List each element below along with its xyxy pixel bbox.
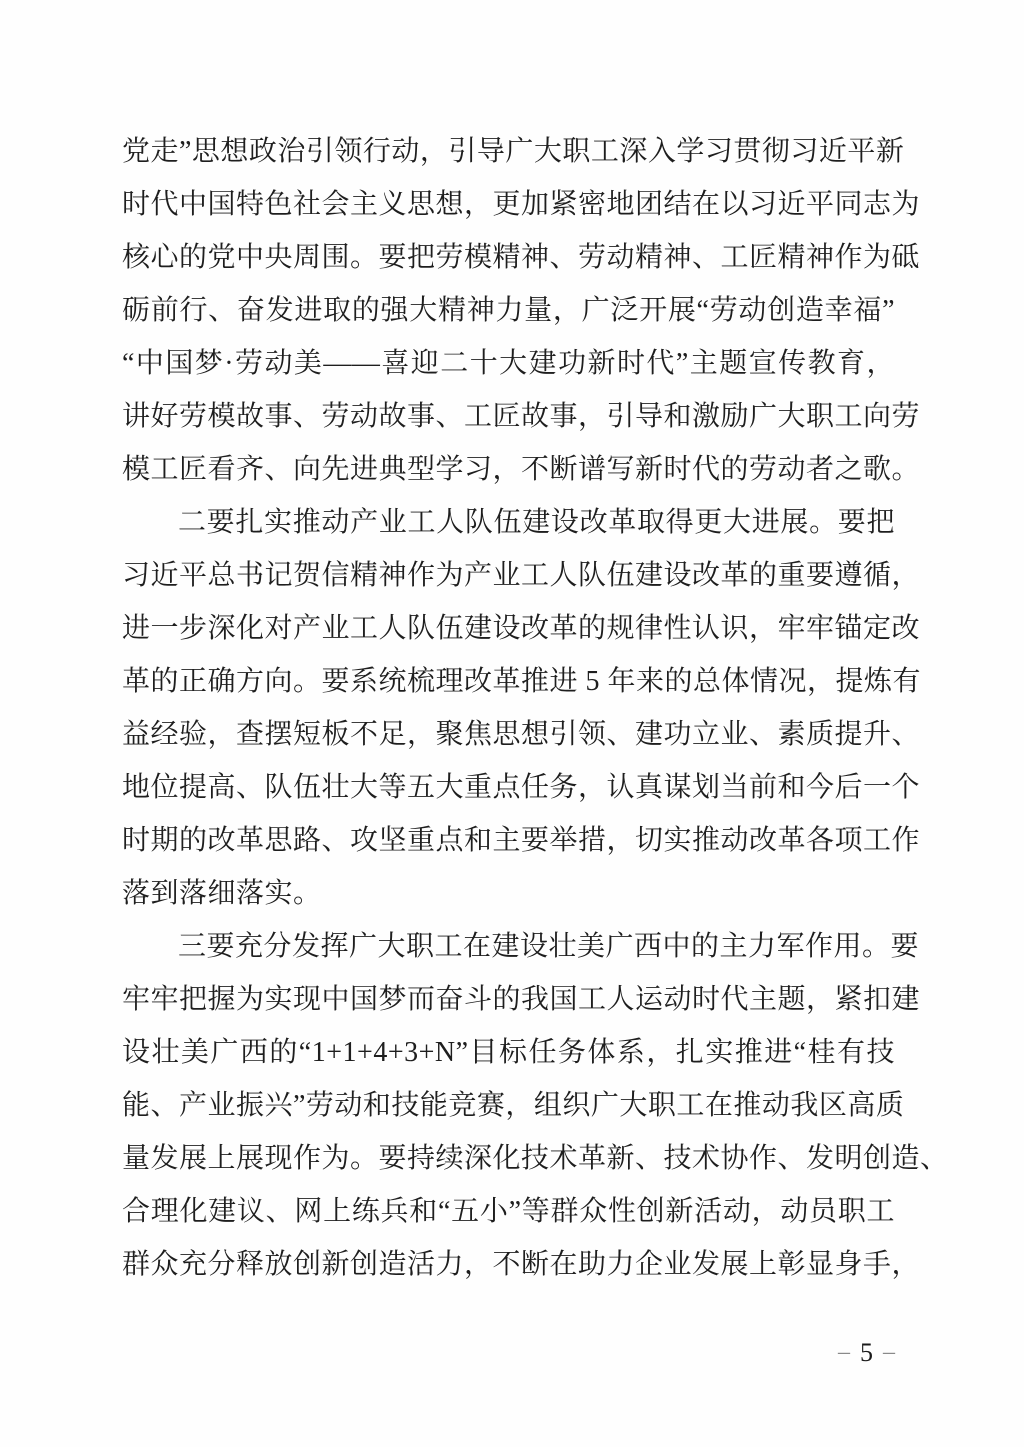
text-line: 时代中国特色社会主义思想，更加紧密地团结在以习近平同志为 [122,178,895,231]
page-number-dash-right: – [883,1339,895,1365]
text-line: 革的正确方向。要系统梳理改革推进 5 年来的总体情况，提炼有 [122,655,895,708]
text-line: 进一步深化对产业工人队伍建设改革的规律性认识，牢牢锚定改 [122,602,895,655]
text-line: 党走”思想政治引领行动，引导广大职工深入学习贯彻习近平新 [122,125,895,178]
text-line: 讲好劳模故事、劳动故事、工匠故事，引导和激励广大职工向劳 [122,390,895,443]
document-page: 党走”思想政治引领行动，引导广大职工深入学习贯彻习近平新 时代中国特色社会主义思… [0,0,1024,1447]
text-line: 群众充分释放创新创造活力，不断在助力企业发展上彰显身手， [122,1238,895,1291]
text-line: 核心的党中央周围。要把劳模精神、劳动精神、工匠精神作为砥 [122,231,895,284]
paragraph-1: 党走”思想政治引领行动，引导广大职工深入学习贯彻习近平新 时代中国特色社会主义思… [122,125,895,496]
text-line: 三要充分发挥广大职工在建设壮美广西中的主力军作用。要 [122,920,895,973]
text-line: 习近平总书记贺信精神作为产业工人队伍建设改革的重要遵循， [122,549,895,602]
text-line: 时期的改革思路、攻坚重点和主要举措，切实推动改革各项工作 [122,814,895,867]
text-line: “中国梦·劳动美——喜迎二十大建功新时代”主题宣传教育， [122,337,895,390]
paragraph-3: 三要充分发挥广大职工在建设壮美广西中的主力军作用。要 牢牢把握为实现中国梦而奋斗… [122,920,895,1291]
text-line: 设壮美广西的“1+1+4+3+N”目标任务体系，扎实推进“桂有技 [122,1026,895,1079]
text-line: 落到落细落实。 [122,867,895,920]
text-line: 能、产业振兴”劳动和技能竞赛，组织广大职工在推动我区高质 [122,1079,895,1132]
text-line: 地位提高、队伍壮大等五大重点任务，认真谋划当前和今后一个 [122,761,895,814]
text-line: 合理化建议、网上练兵和“五小”等群众性创新活动，动员职工 [122,1185,895,1238]
page-number-value: 5 [860,1338,873,1367]
document-body: 党走”思想政治引领行动，引导广大职工深入学习贯彻习近平新 时代中国特色社会主义思… [122,125,895,1291]
text-line: 量发展上展现作为。要持续深化技术革新、技术协作、发明创造、 [122,1132,895,1185]
text-line: 牢牢把握为实现中国梦而奋斗的我国工人运动时代主题，紧扣建 [122,973,895,1026]
text-line: 二要扎实推动产业工人队伍建设改革取得更大进展。要把 [122,496,895,549]
page-number: –5– [122,1338,895,1368]
text-line: 模工匠看齐、向先进典型学习，不断谱写新时代的劳动者之歌。 [122,443,895,496]
text-line: 砺前行、奋发进取的强大精神力量，广泛开展“劳动创造幸福” [122,284,895,337]
page-number-dash-left: – [838,1339,850,1365]
text-line: 益经验，查摆短板不足，聚焦思想引领、建功立业、素质提升、 [122,708,895,761]
paragraph-2: 二要扎实推动产业工人队伍建设改革取得更大进展。要把 习近平总书记贺信精神作为产业… [122,496,895,920]
